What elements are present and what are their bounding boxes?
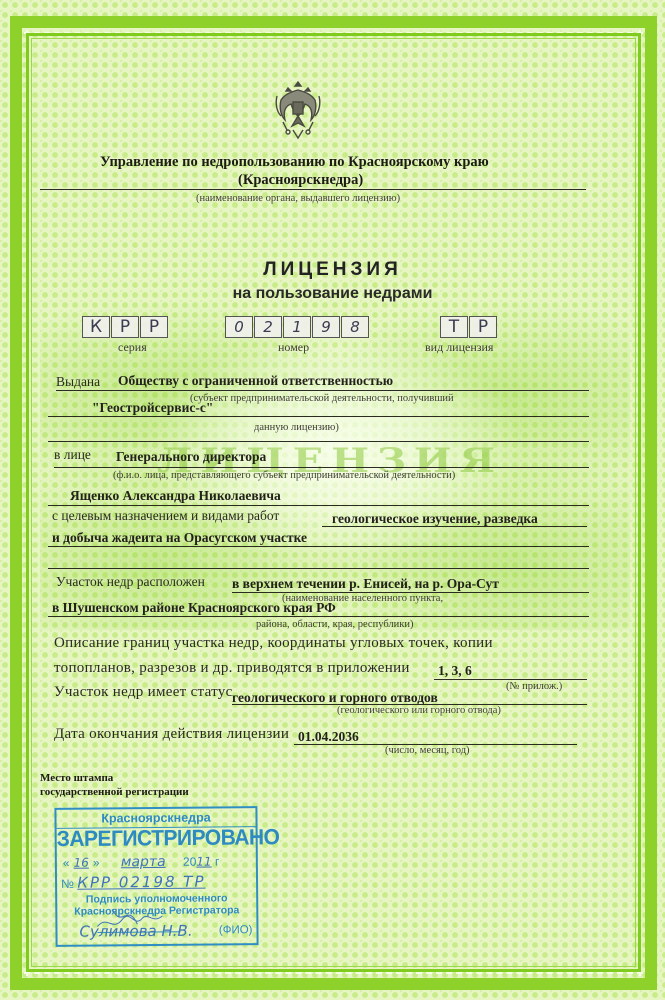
location-value-line2: в Шушенском районе Красноярского края РФ — [52, 600, 336, 616]
purpose-underline-2 — [48, 546, 589, 547]
series-char: Р — [111, 316, 139, 338]
license-type-char: Р — [469, 316, 497, 338]
stamp-org: Красноярскнедра — [56, 810, 255, 826]
issued-to-value-line2: "Геостройсервис-с" — [92, 400, 213, 416]
position-underline — [54, 467, 589, 468]
boundaries-line2: топопланов, разрезов и др. приводятся в … — [54, 660, 410, 677]
number-char: 2 — [254, 316, 282, 338]
stamp-date: «16» марта 2011 г — [63, 853, 252, 871]
authority-short-name: (Красноярскнедра) — [100, 171, 580, 189]
number-char: 8 — [341, 316, 369, 338]
license-type-char: Т — [440, 316, 468, 338]
stamp-year-mark: г — [215, 854, 220, 868]
location-caption2: района, области, края, республики) — [256, 619, 413, 630]
number-char: 0 — [225, 316, 253, 338]
stamp-number: № КРР 02198 ТР — [61, 873, 206, 892]
represented-by-label: в лице — [54, 447, 91, 463]
appendix-underline — [434, 679, 587, 680]
number-char: 9 — [312, 316, 340, 338]
location-label: Участок недр расположен — [56, 574, 205, 590]
status-caption: (геологического или горного отвода) — [337, 705, 501, 716]
appendix-caption: (№ прилож.) — [506, 681, 562, 692]
stamp-day: 16 — [70, 856, 93, 870]
issued-to-caption1: (субъект предпринимательской деятельност… — [190, 393, 454, 404]
document-subtitle: на пользование недрами — [0, 285, 665, 303]
stamp-number-value: КРР 02198 ТР — [77, 873, 205, 892]
status-label: Участок недр имеет статус — [54, 684, 233, 701]
location-underline-2 — [48, 616, 589, 617]
issued-to-value-line1: Обществу с ограниченной ответственностью — [118, 373, 393, 389]
stamp-place-line2: государственной регистрации — [40, 785, 189, 799]
authority-name: Управление по недропользованию по Красно… — [100, 154, 489, 170]
stamp-status: ЗАРЕГИСТРИРОВАНО — [57, 826, 256, 853]
appendix-numbers: 1, 3, 6 — [438, 663, 472, 679]
boundaries-line1: Описание границ участка недр, координаты… — [54, 635, 493, 652]
number-boxes: 0 2 1 9 8 — [225, 316, 370, 338]
series-char: К — [82, 316, 110, 338]
stamp-month: марта — [103, 854, 180, 871]
fio-label: (ФИО) — [219, 924, 253, 936]
russian-coat-of-arms-icon — [273, 78, 323, 142]
issuing-authority: Управление по недропользованию по Красно… — [100, 153, 580, 189]
stamp-place-label: Место штампа государственной регистрации — [40, 771, 189, 799]
representative-name: Ященко Александра Николаевича — [70, 488, 281, 504]
registrar-name: Сулимова Н.В. — [79, 922, 192, 941]
representative-position: Генерального директора — [116, 449, 266, 465]
issued-to-underline — [56, 390, 589, 391]
license-type-label: вид лицензия — [425, 340, 493, 355]
expiry-label: Дата окончания действия лицензии — [54, 726, 289, 743]
issued-to-caption2: данную лицензию) — [254, 422, 339, 433]
series-char: Р — [140, 316, 168, 338]
stamp-number-prefix: № — [61, 877, 74, 891]
purpose-underline — [322, 526, 587, 527]
license-type-boxes: Т Р — [440, 316, 498, 338]
license-document: ЛИЦЕНЗИЯ Управление по недропользованию … — [0, 0, 665, 1000]
purpose-underline-3 — [48, 568, 589, 569]
stamp-year-prefix: 20 — [183, 855, 196, 869]
issued-to-underline-2 — [48, 416, 589, 417]
authority-underline — [40, 189, 586, 190]
representative-caption: (ф.и.о. лица, представляющего субъект пр… — [113, 470, 455, 481]
issued-to-underline-3 — [48, 441, 589, 442]
name-underline — [48, 505, 589, 506]
purpose-label: с целевым назначением и видами работ — [52, 508, 279, 524]
location-value-line1: в верхнем течении р. Енисей, на р. Ора-С… — [232, 576, 499, 592]
series-boxes: К Р Р — [82, 316, 169, 338]
stamp-year-suffix: 11 — [196, 855, 211, 869]
number-char: 1 — [283, 316, 311, 338]
number-label: номер — [278, 340, 309, 355]
authority-caption: (наименование органа, выдавшего лицензию… — [196, 193, 400, 204]
expiry-caption: (число, месяц, год) — [385, 745, 470, 756]
document-title: ЛИЦЕНЗИЯ — [0, 259, 665, 281]
purpose-value-line1: геологическое изучение, разведка — [332, 511, 538, 527]
expiry-value: 01.04.2036 — [298, 729, 359, 745]
stamp-place-line1: Место штампа — [40, 771, 189, 785]
purpose-value-line2: и добыча жадеита на Орасугском участке — [52, 530, 307, 546]
issued-to-label: Выдана — [56, 374, 100, 390]
series-label: серия — [118, 340, 147, 355]
registration-stamp: Красноярскнедра ЗАРЕГИСТРИРОВАНО «16» ма… — [54, 806, 258, 947]
